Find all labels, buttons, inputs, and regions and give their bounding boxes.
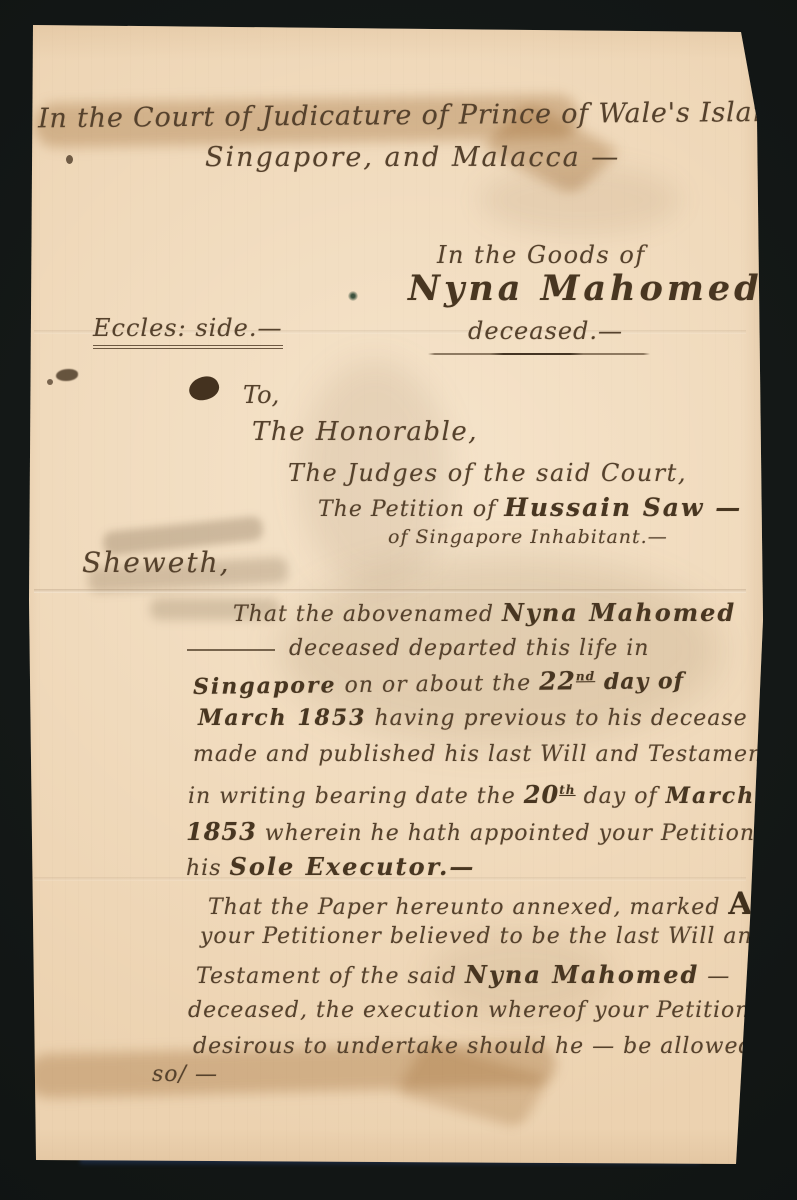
ink-blot-small	[56, 369, 78, 381]
para1-line4-text: having previous to his decease	[366, 706, 747, 731]
sole-executor-bold: Sole Executor.—	[230, 852, 476, 881]
para1-line6-start: in writing bearing date the	[188, 784, 524, 809]
green-speck	[348, 291, 358, 301]
ditto-line	[187, 649, 275, 651]
manuscript-page: In the Court of Judicature of Prince of …	[0, 0, 797, 1200]
sheweth-label: Sheweth,	[82, 546, 231, 579]
para2-line3: Testament of the said Nyna Mahomed —	[196, 960, 730, 989]
petition-of-prefix: The Petition of	[318, 497, 504, 522]
march-1853-bold: March 1853	[198, 705, 366, 731]
day-22: 22	[539, 666, 576, 695]
day-22-suffix: nd	[576, 669, 595, 683]
ecclesiastical-side-text: Eccles: side.—	[93, 314, 283, 349]
para1-line1-text: That the abovenamed	[233, 602, 502, 627]
year-1853-bold: 1853	[186, 817, 257, 846]
para2-line1-text: That the Paper hereunto annexed, marked	[208, 895, 728, 920]
in-the-goods-of: In the Goods of	[437, 241, 646, 269]
salutation-judges: The Judges of the said Court,	[288, 459, 687, 487]
para1-line8: his Sole Executor.—	[186, 852, 475, 881]
para2-line1-period: .	[752, 895, 760, 920]
para2-line6: so/ —	[152, 1062, 218, 1087]
singapore-bold: Singapore	[193, 672, 337, 700]
para1-line7-text: wherein he hath appointed your Petitione…	[257, 821, 781, 846]
photo-stage: In the Court of Judicature of Prince of …	[0, 0, 797, 1200]
para2-line3-dash: —	[699, 964, 730, 989]
ecclesiastical-side-label: Eccles: side.—	[93, 314, 283, 342]
petitioner-name: Hussain Saw —	[504, 493, 742, 522]
para1-line2-text: deceased departed this life in	[289, 636, 649, 661]
ink-speck-top	[66, 155, 73, 164]
ink-blot-large	[186, 372, 223, 405]
court-heading-line2: Singapore, and Malacca —	[205, 142, 620, 173]
para1-line2: deceased departed this life in	[187, 636, 649, 661]
exhibit-mark-A: A	[728, 886, 752, 922]
petitioner-description: of Singapore Inhabitant.—	[388, 526, 668, 548]
para2-line3-start: Testament of the said	[196, 964, 465, 989]
salutation-to: To,	[243, 381, 279, 409]
para2-line2: your Petitioner believed to be the last …	[200, 924, 768, 949]
day-20: 20	[524, 780, 559, 809]
para2-line1: That the Paper hereunto annexed, marked …	[208, 886, 760, 922]
court-heading-line1: In the Court of Judicature of Prince of …	[38, 97, 797, 135]
salutation-honorable: The Honorable,	[252, 417, 478, 447]
ink-speck-left	[47, 379, 53, 385]
para1-line6-mid: day of	[576, 784, 666, 809]
para2-deceased-name: Nyna Mahomed	[465, 960, 699, 989]
para1-line3-end: day of	[595, 668, 684, 695]
para1-line1: That the abovenamed Nyna Mahomed	[233, 598, 736, 627]
para2-line4: deceased, the execution whereof your Pet…	[188, 998, 797, 1023]
para1-line5: made and published his last Will and Tes…	[193, 742, 773, 767]
para1-line7: 1853 wherein he hath appointed your Peti…	[186, 817, 781, 846]
para2-line5: desirous to undertake should he — be all…	[193, 1034, 754, 1059]
para1-line8-start: his	[186, 856, 230, 881]
para1-line3-mid: on or about the	[336, 671, 539, 698]
deceased-name-heading: Nyna Mahomed	[408, 268, 763, 309]
para1-deceased-name: Nyna Mahomed	[502, 598, 736, 627]
para1-line3: Singapore on or about the 22nd day of	[193, 665, 684, 700]
deceased-underline	[428, 353, 650, 355]
day-20-suffix: th	[559, 783, 575, 797]
petition-of-line: The Petition of Hussain Saw —	[318, 493, 742, 522]
para1-line4: March 1853 having previous to his deceas…	[198, 705, 748, 731]
fold-crease-middle	[34, 589, 746, 593]
deceased-label: deceased.—	[468, 317, 623, 345]
para1-line6: in writing bearing date the 20th day of …	[188, 780, 755, 809]
march-bold: March	[666, 783, 756, 809]
